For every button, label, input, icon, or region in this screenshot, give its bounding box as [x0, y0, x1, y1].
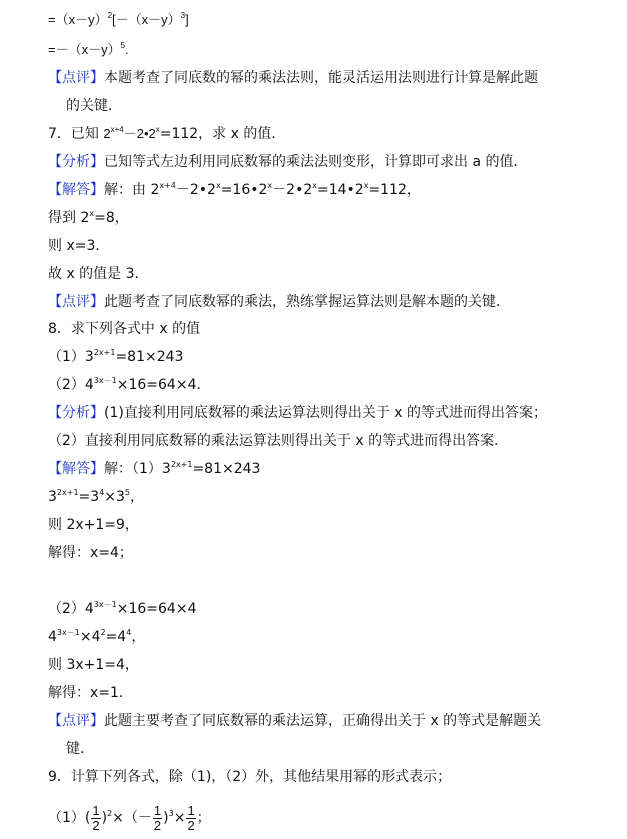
text: （1）3 — [48, 349, 94, 365]
text: × — [174, 810, 186, 826]
text: （2）4 — [48, 601, 94, 617]
text: 的关键． — [66, 98, 122, 114]
text: =－（x－y） — [48, 42, 121, 57]
text: 则 3x+1=4， — [48, 657, 139, 673]
answer-paragraph: 【解答】解：（1）32x+1=81×243 — [48, 458, 260, 480]
analysis-paragraph: 【分析】已知等式左边利用同底数幂的乘法法则变形，计算即可求出 a 的值． — [48, 151, 527, 173]
text: （2）直接利用同底数幂的乘法运算法则得出关于 x 的等式进而得出答案． — [48, 433, 508, 449]
solution-step: 32x+1=34×35， — [48, 486, 144, 508]
math: 2x+4－2•2x — [103, 126, 159, 141]
question-9: 9．计算下列各式，除（1)，（2）外，其他结果用幂的形式表示； — [48, 766, 451, 788]
text: 得到 2 — [48, 210, 89, 226]
text: =14•2 — [317, 182, 364, 198]
text: －2•2 — [176, 182, 216, 198]
text: [－（x－y） — [112, 12, 181, 27]
solution-step: （2）43x－1×16=64×4 — [48, 598, 196, 620]
text: ×16=64×4 — [117, 601, 197, 617]
equation-line: =（x－y）2[－（x－y）3] — [48, 9, 189, 31]
comment-tag: 【点评】 — [48, 294, 104, 310]
question-9-part-1: （1）(12)2×（－12)3×12； — [48, 801, 211, 835]
fraction: 12 — [186, 804, 195, 833]
question-7: 7．已知 2x+4－2•2x=112，求 x 的值． — [48, 123, 285, 145]
solution-step: 解得：x=4； — [48, 542, 133, 564]
exponent: x+4 — [159, 181, 176, 190]
comment-paragraph: 【点评】本题考查了同底数的幂的乘法法则，能灵活运用法则进行计算是解此题 — [48, 67, 538, 89]
question-8-part-2: （2）43x－1×16=64×4． — [48, 374, 210, 396]
text: 8．求下列各式中 x 的值 — [48, 321, 200, 337]
comment-continuation: 键． — [66, 738, 94, 760]
solution-step: 解得：x=1． — [48, 682, 133, 704]
text: 9．计算下列各式，除（1)，（2）外，其他结果用幂的形式表示； — [48, 769, 451, 785]
solution-step: 故 x 的值是 3． — [48, 263, 149, 285]
analysis-continuation: （2）直接利用同底数幂的乘法运算法则得出关于 x 的等式进而得出答案． — [48, 430, 508, 452]
text: ] — [185, 12, 189, 27]
text: =3 — [79, 489, 100, 505]
analysis-tag: 【分析】 — [48, 154, 104, 170]
text: =（x－y） — [48, 12, 108, 27]
text: 键． — [66, 741, 94, 757]
solution-step: 则 x=3． — [48, 235, 109, 257]
comment-tag: 【点评】 — [48, 713, 104, 729]
text: =16•2 — [221, 182, 268, 198]
solution-step: 得到 2x=8， — [48, 207, 129, 229]
text: =112， — [368, 182, 420, 198]
text: 解：（1）3 — [104, 461, 171, 477]
text: －2•2 — [124, 126, 156, 141]
text: 4 — [48, 629, 57, 645]
text: （2）4 — [48, 377, 94, 393]
answer-tag: 【解答】 — [48, 461, 104, 477]
text: ， — [131, 629, 145, 645]
denominator: 2 — [186, 819, 195, 833]
solution-step: 43x－1×42=44， — [48, 626, 145, 648]
numerator: 1 — [91, 804, 100, 819]
text: ×4 — [80, 629, 101, 645]
numerator: 1 — [186, 804, 195, 819]
solution-step: 则 3x+1=4， — [48, 654, 139, 676]
comment-paragraph: 【点评】此题考查了同底数幂的乘法，熟练掌握运算法则是解本题的关键． — [48, 291, 510, 313]
text: =81×243 — [115, 349, 183, 365]
text: ； — [197, 810, 211, 826]
text: 则 x=3． — [48, 238, 109, 254]
analysis-paragraph: 【分析】(1)直接利用同底数幂的乘法运算法则得出关于 x 的等式进而得出答案； — [48, 402, 547, 424]
exponent: 2x+1 — [57, 488, 79, 497]
fraction: 12 — [153, 804, 162, 833]
text: 故 x 的值是 3． — [48, 266, 149, 282]
comment-continuation: 的关键． — [66, 95, 122, 117]
analysis-tag: 【分析】 — [48, 405, 104, 421]
exponent: 3x－1 — [94, 376, 117, 385]
text: ×3 — [104, 489, 125, 505]
comment-tag: 【点评】 — [48, 70, 104, 86]
text: =8， — [94, 210, 129, 226]
text: ×（－ — [112, 810, 152, 826]
text: 此题主要考查了同底数幂的乘法运算，正确得出关于 x 的等式是解题关 — [104, 713, 541, 729]
text: =4 — [106, 629, 127, 645]
equation-line: =－（x－y）5. — [48, 39, 129, 61]
numerator: 1 — [153, 804, 162, 819]
text: 已知等式左边利用同底数幂的乘法法则变形，计算即可求出 a 的值． — [104, 154, 527, 170]
exponent: 3x－1 — [94, 600, 117, 609]
question-8-part-1: （1）32x+1=81×243 — [48, 346, 183, 368]
answer-paragraph: 【解答】解：由 2x+4－2•2x=16•2x－2•2x=14•2x=112， — [48, 179, 421, 201]
text: 解：由 2 — [104, 182, 159, 198]
text: 解得：x=1． — [48, 685, 133, 701]
exponent: x+4 — [111, 125, 124, 134]
solution-step: 则 2x+1=9， — [48, 514, 139, 536]
text: ， — [130, 489, 144, 505]
text: －2•2 — [272, 182, 312, 198]
answer-tag: 【解答】 — [48, 182, 104, 198]
denominator: 2 — [153, 819, 162, 833]
exponent: 3x－1 — [57, 628, 80, 637]
exponent: 2x+1 — [94, 348, 116, 357]
text: . — [125, 42, 129, 57]
text: （1）( — [48, 810, 90, 826]
text: 7．已知 — [48, 126, 103, 142]
text: 此题考查了同底数幂的乘法，熟练掌握运算法则是解本题的关键． — [104, 294, 510, 310]
text: 则 2x+1=9， — [48, 517, 139, 533]
text: =81×243 — [192, 461, 260, 477]
text: 3 — [48, 489, 57, 505]
text: ×16=64×4． — [117, 377, 211, 393]
text: 2 — [103, 126, 110, 141]
question-8: 8．求下列各式中 x 的值 — [48, 318, 200, 340]
text: =112，求 x 的值． — [160, 126, 286, 142]
exponent: 2x+1 — [171, 460, 193, 469]
fraction: 12 — [91, 804, 100, 833]
text: (1)直接利用同底数幂的乘法运算法则得出关于 x 的等式进而得出答案； — [104, 405, 547, 421]
denominator: 2 — [91, 819, 100, 833]
text: 本题考查了同底数的幂的乘法法则，能灵活运用法则进行计算是解此题 — [104, 70, 538, 86]
text: 解得：x=4； — [48, 545, 133, 561]
comment-paragraph: 【点评】此题主要考查了同底数幂的乘法运算，正确得出关于 x 的等式是解题关 — [48, 710, 541, 732]
